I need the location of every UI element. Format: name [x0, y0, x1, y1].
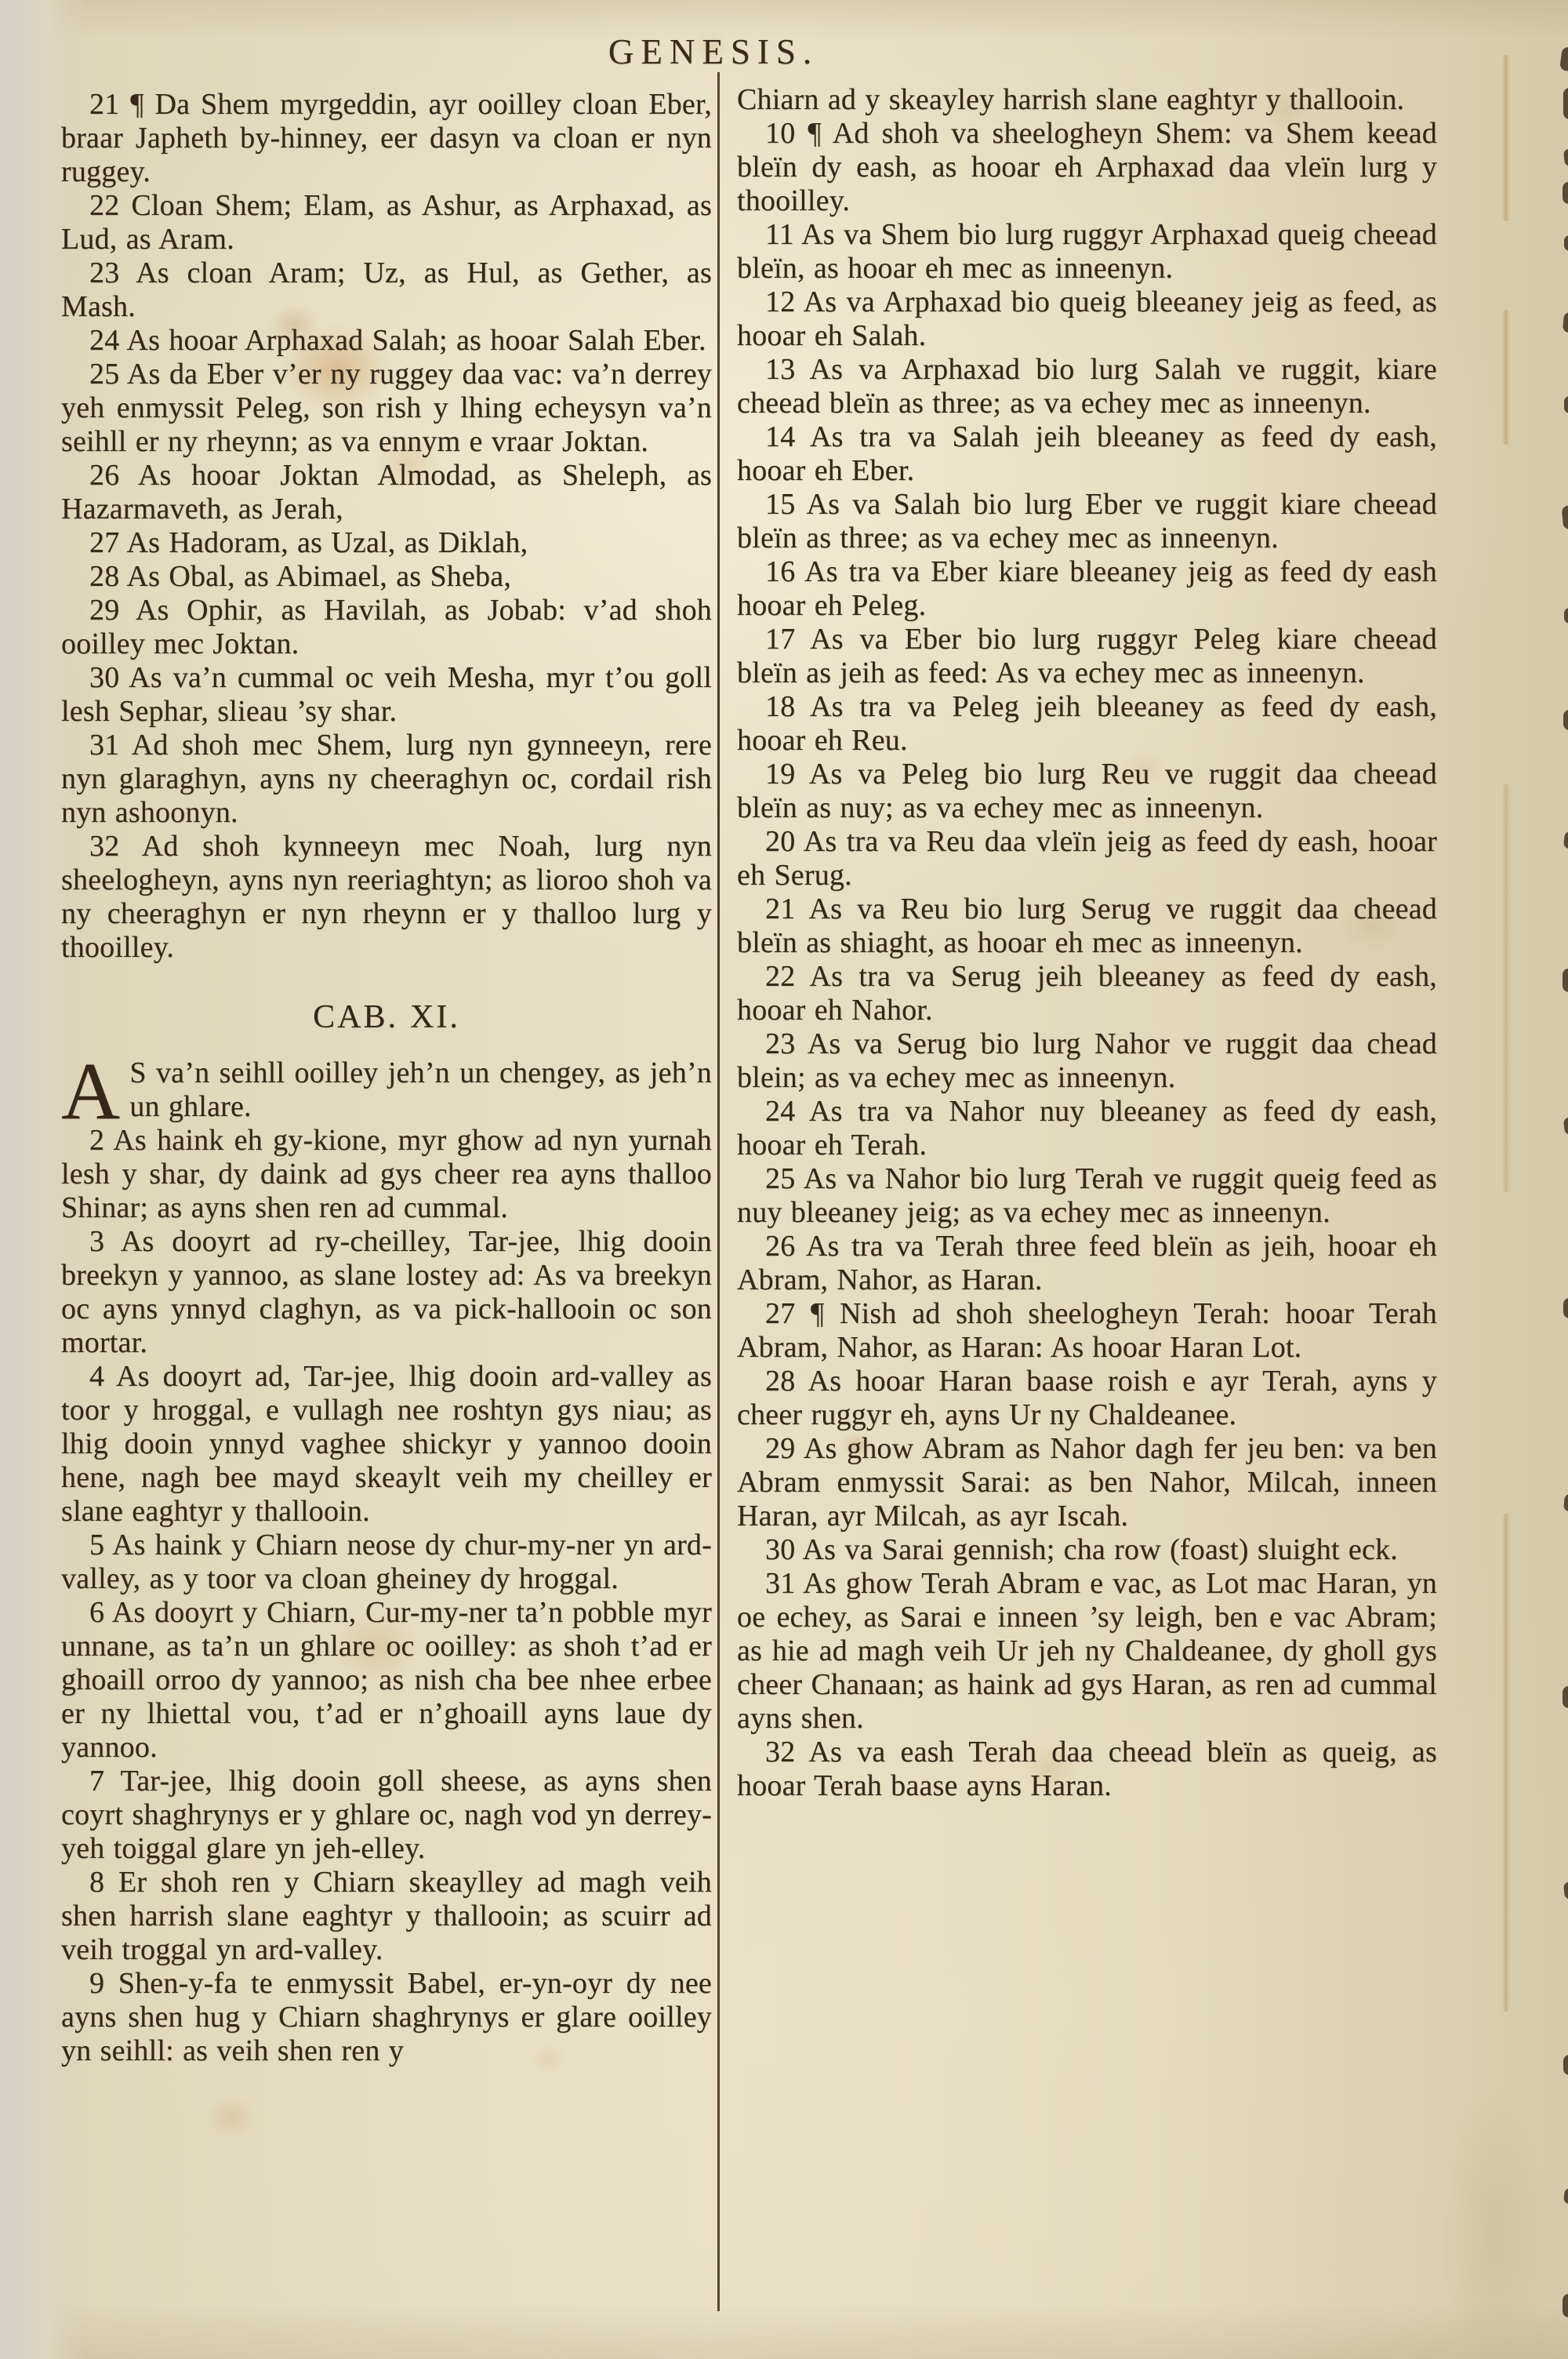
verse-paragraph: 15 As va Salah bio lurg Eber ve ruggit k…: [737, 488, 1437, 555]
chapter11-verses-right: 10 ¶ Ad shoh va sheelogheyn Shem: va She…: [737, 117, 1437, 1803]
page-crease: [1502, 784, 1511, 1192]
column-divider-rule: [717, 72, 720, 2311]
edge-ink-mark: [1563, 710, 1568, 730]
verse-paragraph: 4 As dooyrt ad, Tar-jee, lhig dooin ard-…: [61, 1360, 712, 1528]
verse-paragraph: 28 As Obal, as Abimael, as Sheba,: [61, 560, 712, 594]
chapter10-verses: 21 ¶ Da Shem myrgeddin, ayr ooilley cloa…: [61, 88, 712, 965]
chapter11-verses-left: 2 As haink eh gy-kione, myr ghow ad nyn …: [61, 1124, 712, 2068]
verse-paragraph: 10 ¶ Ad shoh va sheelogheyn Shem: va She…: [737, 117, 1437, 218]
verse-paragraph: 16 As tra va Eber kiare bleeaney jeig as…: [737, 555, 1437, 623]
edge-ink-mark: [1563, 88, 1568, 119]
verse-paragraph: 23 As cloan Aram; Uz, as Hul, as Gether,…: [61, 256, 712, 324]
verse-paragraph: 13 As va Arphaxad bio lurg Salah ve rugg…: [737, 353, 1437, 420]
verse-paragraph: 31 As ghow Terah Abram e vac, as Lot mac…: [737, 1567, 1437, 1736]
verse-paragraph: 32 As va eash Terah daa cheead bleïn as …: [737, 1736, 1437, 1803]
verse-paragraph: 30 As va’n cummal oc veih Mesha, myr t’o…: [61, 661, 712, 729]
page-crease: [1502, 310, 1511, 445]
right-column: Chiarn ad y skeayley harrish slane eaght…: [737, 83, 1437, 1803]
edge-ink-mark: [1563, 2055, 1568, 2075]
verse-paragraph: 11 As va Shem bio lurg ruggyr Arphaxad q…: [737, 218, 1437, 285]
verse-paragraph: 27 As Hadoram, as Uzal, as Diklah,: [61, 526, 712, 560]
verse-paragraph: 22 As tra va Serug jeih bleeaney as feed…: [737, 960, 1437, 1027]
verse-paragraph: 29 As ghow Abram as Nahor dagh fer jeu b…: [737, 1432, 1437, 1533]
edge-ink-mark: [1563, 182, 1568, 204]
verse-paragraph: 5 As haink y Chiarn neose dy chur-my-ner…: [61, 1528, 712, 1596]
verse-paragraph: 25 As va Nahor bio lurg Terah ve ruggit …: [737, 1162, 1437, 1230]
verse-paragraph: 29 As Ophir, as Havilah, as Jobab: v’ad …: [61, 594, 712, 661]
verse-paragraph: 19 As va Peleg bio lurg Reu ve ruggit da…: [737, 758, 1437, 825]
verse-paragraph: 18 As tra va Peleg jeih bleeaney as feed…: [737, 690, 1437, 758]
edge-ink-mark: [1563, 1298, 1568, 1318]
verse-paragraph: 24 As hooar Arphaxad Salah; as hooar Sal…: [61, 324, 712, 358]
verse-continuation: Chiarn ad y skeayley harrish slane eaght…: [737, 83, 1437, 117]
verse-paragraph: 21 As va Reu bio lurg Serug ve ruggit da…: [737, 892, 1437, 960]
verse-paragraph: 26 As hooar Joktan Almodad, as Sheleph, …: [61, 459, 712, 526]
verse-paragraph: 17 As va Eber bio lurg ruggyr Peleg kiar…: [737, 623, 1437, 690]
edge-ink-mark: [1564, 396, 1568, 413]
verse-paragraph-dropcap: AS va’n seihll ooilley jeh’n un chengey,…: [61, 1056, 712, 1124]
scanned-bible-page: { "colors": { "paper": "#e0d8bc", "ink":…: [0, 0, 1568, 2359]
verse-paragraph: 20 As tra va Reu daa vleïn jeig as feed …: [737, 825, 1437, 892]
verse-paragraph: 2 As haink eh gy-kione, myr ghow ad nyn …: [61, 1124, 712, 1225]
verse-paragraph: 32 Ad shoh kynneeyn mec Noah, lurg nyn s…: [61, 830, 712, 965]
verse-paragraph: 24 As tra va Nahor nuy bleeaney as feed …: [737, 1095, 1437, 1162]
edge-ink-mark: [1564, 608, 1568, 623]
verse-text: S va’n seihll ooilley jeh’n un chengey, …: [129, 1056, 712, 1123]
verse-paragraph: 9 Shen-y-fa te enmyssit Babel, er-yn-oyr…: [61, 1967, 712, 2068]
verse-paragraph: 28 As hooar Haran baase roish e ayr Tera…: [737, 1365, 1437, 1432]
verse-paragraph: 27 ¶ Nish ad shoh sheelogheyn Terah: hoo…: [737, 1297, 1437, 1365]
edge-ink-mark: [1563, 1686, 1568, 1708]
verse-paragraph: 6 As dooyrt y Chiarn, Cur-my-ner ta’n po…: [61, 1596, 712, 1765]
verse-paragraph: 31 Ad shoh mec Shem, lurg nyn gynneeyn, …: [61, 729, 712, 830]
verse-paragraph: 12 As va Arphaxad bio queig bleeaney jei…: [737, 285, 1437, 353]
left-column: 21 ¶ Da Shem myrgeddin, ayr ooilley cloa…: [61, 88, 712, 2068]
drop-cap-letter: A: [61, 1056, 129, 1124]
chapter-heading: CAB. XI.: [61, 1001, 712, 1034]
verse-paragraph: 30 As va Sarai gennish; cha row (foast) …: [737, 1533, 1437, 1567]
edge-ink-mark: [1564, 235, 1568, 251]
verse-paragraph: 3 As dooyrt ad ry-cheilley, Tar-jee, lhi…: [61, 1225, 712, 1360]
page-crease: [1502, 55, 1511, 221]
page-crease: [1502, 1514, 1511, 2012]
verse-paragraph: 8 Er shoh ren y Chiarn skeaylley ad magh…: [61, 1866, 712, 1967]
verse-paragraph: 22 Cloan Shem; Elam, as Ashur, as Arphax…: [61, 189, 712, 256]
running-head: GENESIS.: [0, 31, 1427, 72]
verse-paragraph: 14 As tra va Salah jeih bleeaney as feed…: [737, 420, 1437, 488]
edge-ink-mark: [1563, 2294, 1568, 2317]
verse-paragraph: 23 As va Serug bio lurg Nahor ve ruggit …: [737, 1027, 1437, 1095]
verse-paragraph: 25 As da Eber v’er ny ruggey daa vac: va…: [61, 358, 712, 459]
verse-paragraph: 21 ¶ Da Shem myrgeddin, ayr ooilley cloa…: [61, 88, 712, 189]
edge-ink-mark: [1563, 969, 1568, 992]
verse-paragraph: 7 Tar-jee, lhig dooin goll sheese, as ay…: [61, 1765, 712, 1866]
verse-paragraph: 26 As tra va Terah three feed bleïn as j…: [737, 1230, 1437, 1297]
